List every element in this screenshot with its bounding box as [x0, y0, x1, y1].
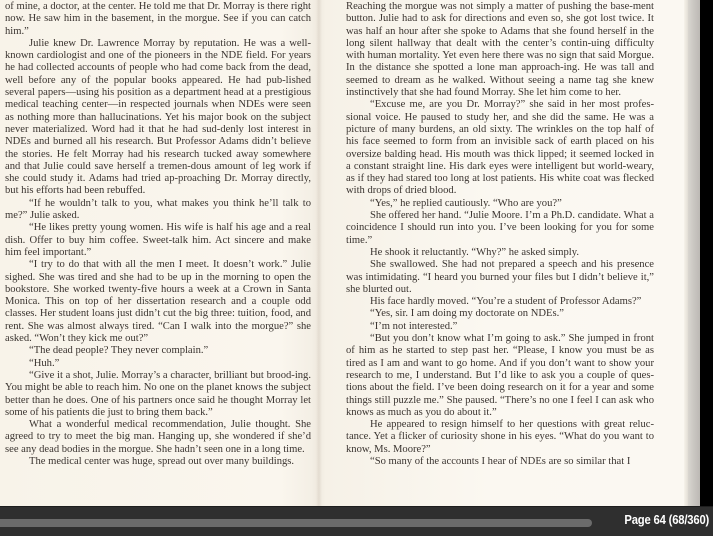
paragraph: “I’m not interested.” [346, 321, 654, 333]
paragraph: “He likes pretty young women. His wife i… [5, 222, 311, 259]
book-page-spread[interactable]: of mine, a doctor, at the center. He tol… [0, 0, 700, 506]
paragraph: He appeared to resign himself to her que… [346, 419, 654, 456]
paragraph: “If he wouldn’t talk to you, what makes … [5, 198, 311, 223]
paragraph: of mine, a doctor, at the center. He tol… [5, 1, 311, 38]
paragraph: “Give it a shot, Julie. Morray’s a chara… [5, 370, 311, 419]
book-page-edge [688, 0, 700, 506]
reading-progress-slider[interactable] [0, 519, 592, 527]
book-reader-view[interactable]: of mine, a doctor, at the center. He tol… [0, 0, 713, 506]
paragraph: She swallowed. She had not prepared a sp… [346, 259, 654, 296]
page-indicator: Page 64 (68/360) [624, 513, 709, 527]
paragraph: What a wonderful medical recommendation,… [5, 419, 311, 456]
paragraph: “Yes, sir. I am doing my doctorate on ND… [346, 308, 654, 320]
left-page: of mine, a doctor, at the center. He tol… [5, 1, 311, 468]
paragraph: “The dead people? They never complain.” [5, 345, 311, 357]
paragraph: “But you don’t know what I’m going to as… [346, 333, 654, 419]
paragraph: Julie knew Dr. Lawrence Morray by reputa… [5, 38, 311, 198]
paragraph: “Excuse me, are you Dr. Morray?” she sai… [346, 99, 654, 197]
paragraph: Reaching the morgue was not simply a mat… [346, 1, 654, 99]
paragraph: “I try to do that with all the men I mee… [5, 259, 311, 345]
paragraph: The medical center was huge, spread out … [5, 456, 311, 468]
paragraph: She offered her hand. “Julie Moore. I’m … [346, 210, 654, 247]
paragraph: “So many of the accounts I hear of NDEs … [346, 456, 654, 468]
page-gutter [316, 0, 322, 506]
screen-border [700, 0, 713, 506]
paragraph: “Yes,” he replied cautiously. “Who are y… [346, 198, 654, 210]
reader-status-bar: Page 64 (68/360) [0, 506, 713, 536]
paragraph: His face hardly moved. “You’re a student… [346, 296, 654, 308]
right-page: Reaching the morgue was not simply a mat… [346, 1, 654, 468]
paragraph: He shook it reluctantly. “Why?” he asked… [346, 247, 654, 259]
paragraph: “Huh.” [5, 358, 311, 370]
